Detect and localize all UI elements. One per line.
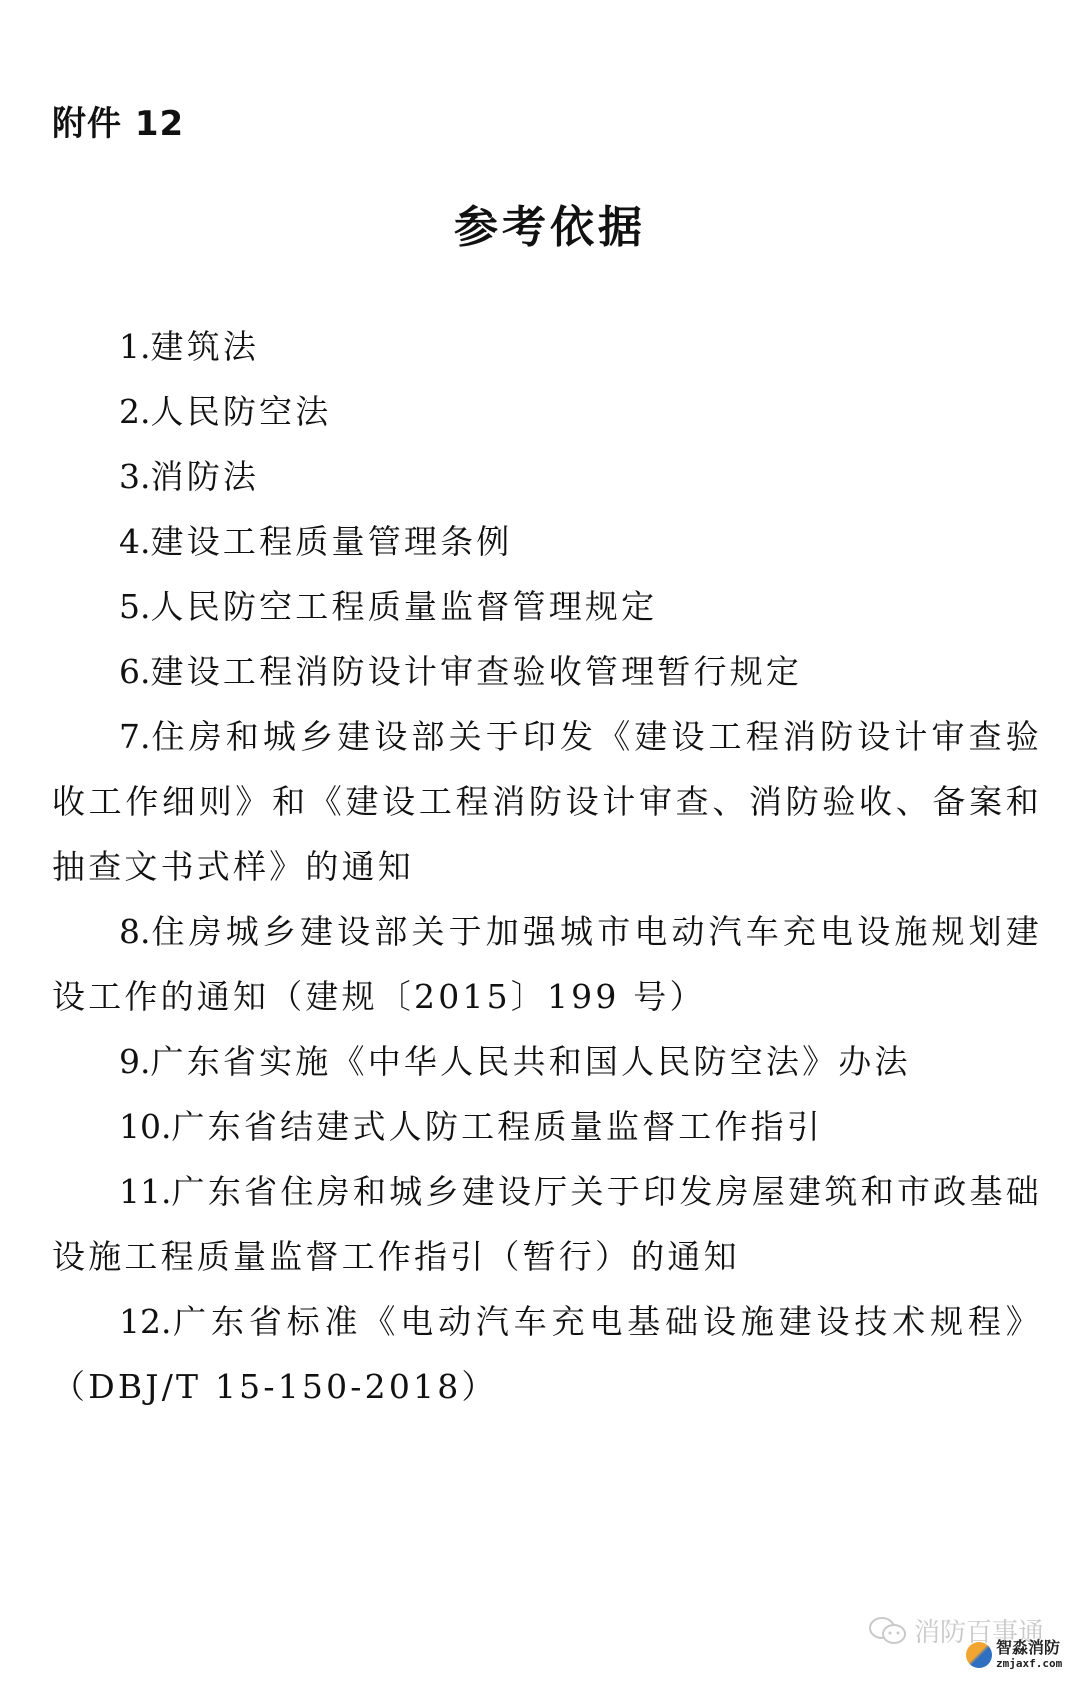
brand-badge: 智淼消防 zmjaxf.com (966, 1640, 1062, 1669)
reference-number: 7. (119, 717, 151, 756)
reference-text: 广东省住房和城乡建设厅关于印发房屋建筑和市政基础设施工程质量监督工作指引（暂行）… (52, 1172, 1042, 1276)
brand-logo-icon (966, 1642, 992, 1668)
brand-name: 智淼消防 (996, 1640, 1062, 1656)
reference-text: 消防法 (151, 457, 260, 496)
reference-item-12: 12.广东省标准《电动汽车充电基础设施建设技术规程》（DBJ/T 15-150-… (52, 1289, 1042, 1419)
reference-number: 6. (119, 652, 151, 691)
reference-number: 8. (119, 912, 151, 951)
reference-text: 住房和城乡建设部关于印发《建设工程消防设计审查验收工作细则》和《建设工程消防设计… (52, 717, 1042, 886)
reference-text: 人民防空工程质量监督管理规定 (151, 587, 658, 626)
reference-item-1: 1.建筑法 (52, 314, 1042, 379)
reference-list: 1.建筑法 2.人民防空法 3.消防法 4.建设工程质量管理条例 5.人民防空工… (52, 314, 1042, 1419)
page-title: 参考依据 (0, 200, 1080, 256)
reference-number: 5. (119, 587, 151, 626)
reference-text: 广东省标准《电动汽车充电基础设施建设技术规程》（DBJ/T 15-150-201… (52, 1302, 1042, 1406)
reference-number: 1. (119, 327, 151, 366)
reference-item-2: 2.人民防空法 (52, 379, 1042, 444)
reference-item-3: 3.消防法 (52, 444, 1042, 509)
wechat-icon (868, 1616, 908, 1646)
reference-item-7: 7.住房和城乡建设部关于印发《建设工程消防设计审查验收工作细则》和《建设工程消防… (52, 704, 1042, 899)
reference-item-10: 10.广东省结建式人防工程质量监督工作指引 (52, 1094, 1042, 1159)
brand-url: zmjaxf.com (996, 1658, 1062, 1669)
reference-item-6: 6.建设工程消防设计审查验收管理暂行规定 (52, 639, 1042, 704)
reference-text: 建设工程消防设计审查验收管理暂行规定 (151, 652, 803, 691)
reference-number: 12. (119, 1302, 171, 1341)
reference-number: 10. (119, 1107, 171, 1146)
reference-text: 建筑法 (151, 327, 260, 366)
reference-text: 人民防空法 (151, 392, 332, 431)
reference-item-4: 4.建设工程质量管理条例 (52, 509, 1042, 574)
reference-text: 广东省结建式人防工程质量监督工作指引 (171, 1107, 823, 1146)
reference-item-11: 11.广东省住房和城乡建设厅关于印发房屋建筑和市政基础设施工程质量监督工作指引（… (52, 1159, 1042, 1289)
reference-number: 11. (119, 1172, 171, 1211)
reference-text: 广东省实施《中华人民共和国人民防空法》办法 (151, 1042, 911, 1081)
reference-item-8: 8.住房城乡建设部关于加强城市电动汽车充电设施规划建设工作的通知（建规〔2015… (52, 899, 1042, 1029)
reference-text: 住房城乡建设部关于加强城市电动汽车充电设施规划建设工作的通知（建规〔2015〕1… (52, 912, 1042, 1016)
reference-number: 9. (119, 1042, 151, 1081)
reference-number: 2. (119, 392, 151, 431)
reference-item-5: 5.人民防空工程质量监督管理规定 (52, 574, 1042, 639)
reference-number: 3. (119, 457, 151, 496)
reference-text: 建设工程质量管理条例 (151, 522, 513, 561)
attachment-label: 附件 12 (52, 104, 184, 144)
reference-number: 4. (119, 522, 151, 561)
reference-item-9: 9.广东省实施《中华人民共和国人民防空法》办法 (52, 1029, 1042, 1094)
